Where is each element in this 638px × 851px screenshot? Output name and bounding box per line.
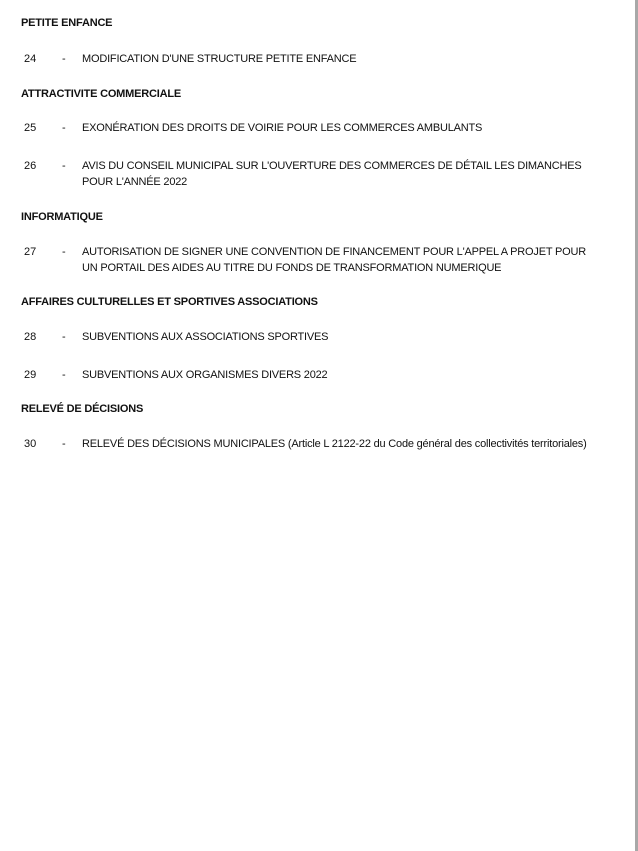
item-separator: -: [62, 367, 66, 383]
item-number: 25: [24, 120, 36, 136]
item-text: MODIFICATION D'UNE STRUCTURE PETITE ENFA…: [82, 51, 592, 67]
item-number: 29: [24, 367, 36, 383]
item-separator: -: [62, 51, 66, 67]
item-text: EXONÉRATION DES DROITS DE VOIRIE POUR LE…: [82, 120, 592, 136]
item-text: AUTORISATION DE SIGNER UNE CONVENTION DE…: [82, 244, 592, 276]
item-text: SUBVENTIONS AUX ORGANISMES DIVERS 2022: [82, 367, 592, 383]
item-separator: -: [62, 244, 66, 260]
item-separator: -: [62, 158, 66, 174]
section-heading-affaires-culturelles: AFFAIRES CULTURELLES ET SPORTIVES ASSOCI…: [21, 295, 318, 309]
item-number: 24: [24, 51, 36, 67]
item-number: 28: [24, 329, 36, 345]
item-separator: -: [62, 120, 66, 136]
item-number: 30: [24, 436, 36, 452]
section-heading-releve-de-decisions: RELEVÉ DE DÉCISIONS: [21, 402, 143, 416]
item-number: 27: [24, 244, 36, 260]
section-heading-attractivite-commerciale: ATTRACTIVITE COMMERCIALE: [21, 87, 181, 101]
item-text: SUBVENTIONS AUX ASSOCIATIONS SPORTIVES: [82, 329, 592, 345]
section-heading-informatique: INFORMATIQUE: [21, 210, 103, 224]
item-separator: -: [62, 329, 66, 345]
item-separator: -: [62, 436, 66, 452]
item-text: AVIS DU CONSEIL MUNICIPAL SUR L'OUVERTUR…: [82, 158, 592, 190]
item-number: 26: [24, 158, 36, 174]
item-text: RELEVÉ DES DÉCISIONS MUNICIPALES (Articl…: [82, 436, 592, 452]
section-heading-petite-enfance: PETITE ENFANCE: [21, 16, 112, 30]
